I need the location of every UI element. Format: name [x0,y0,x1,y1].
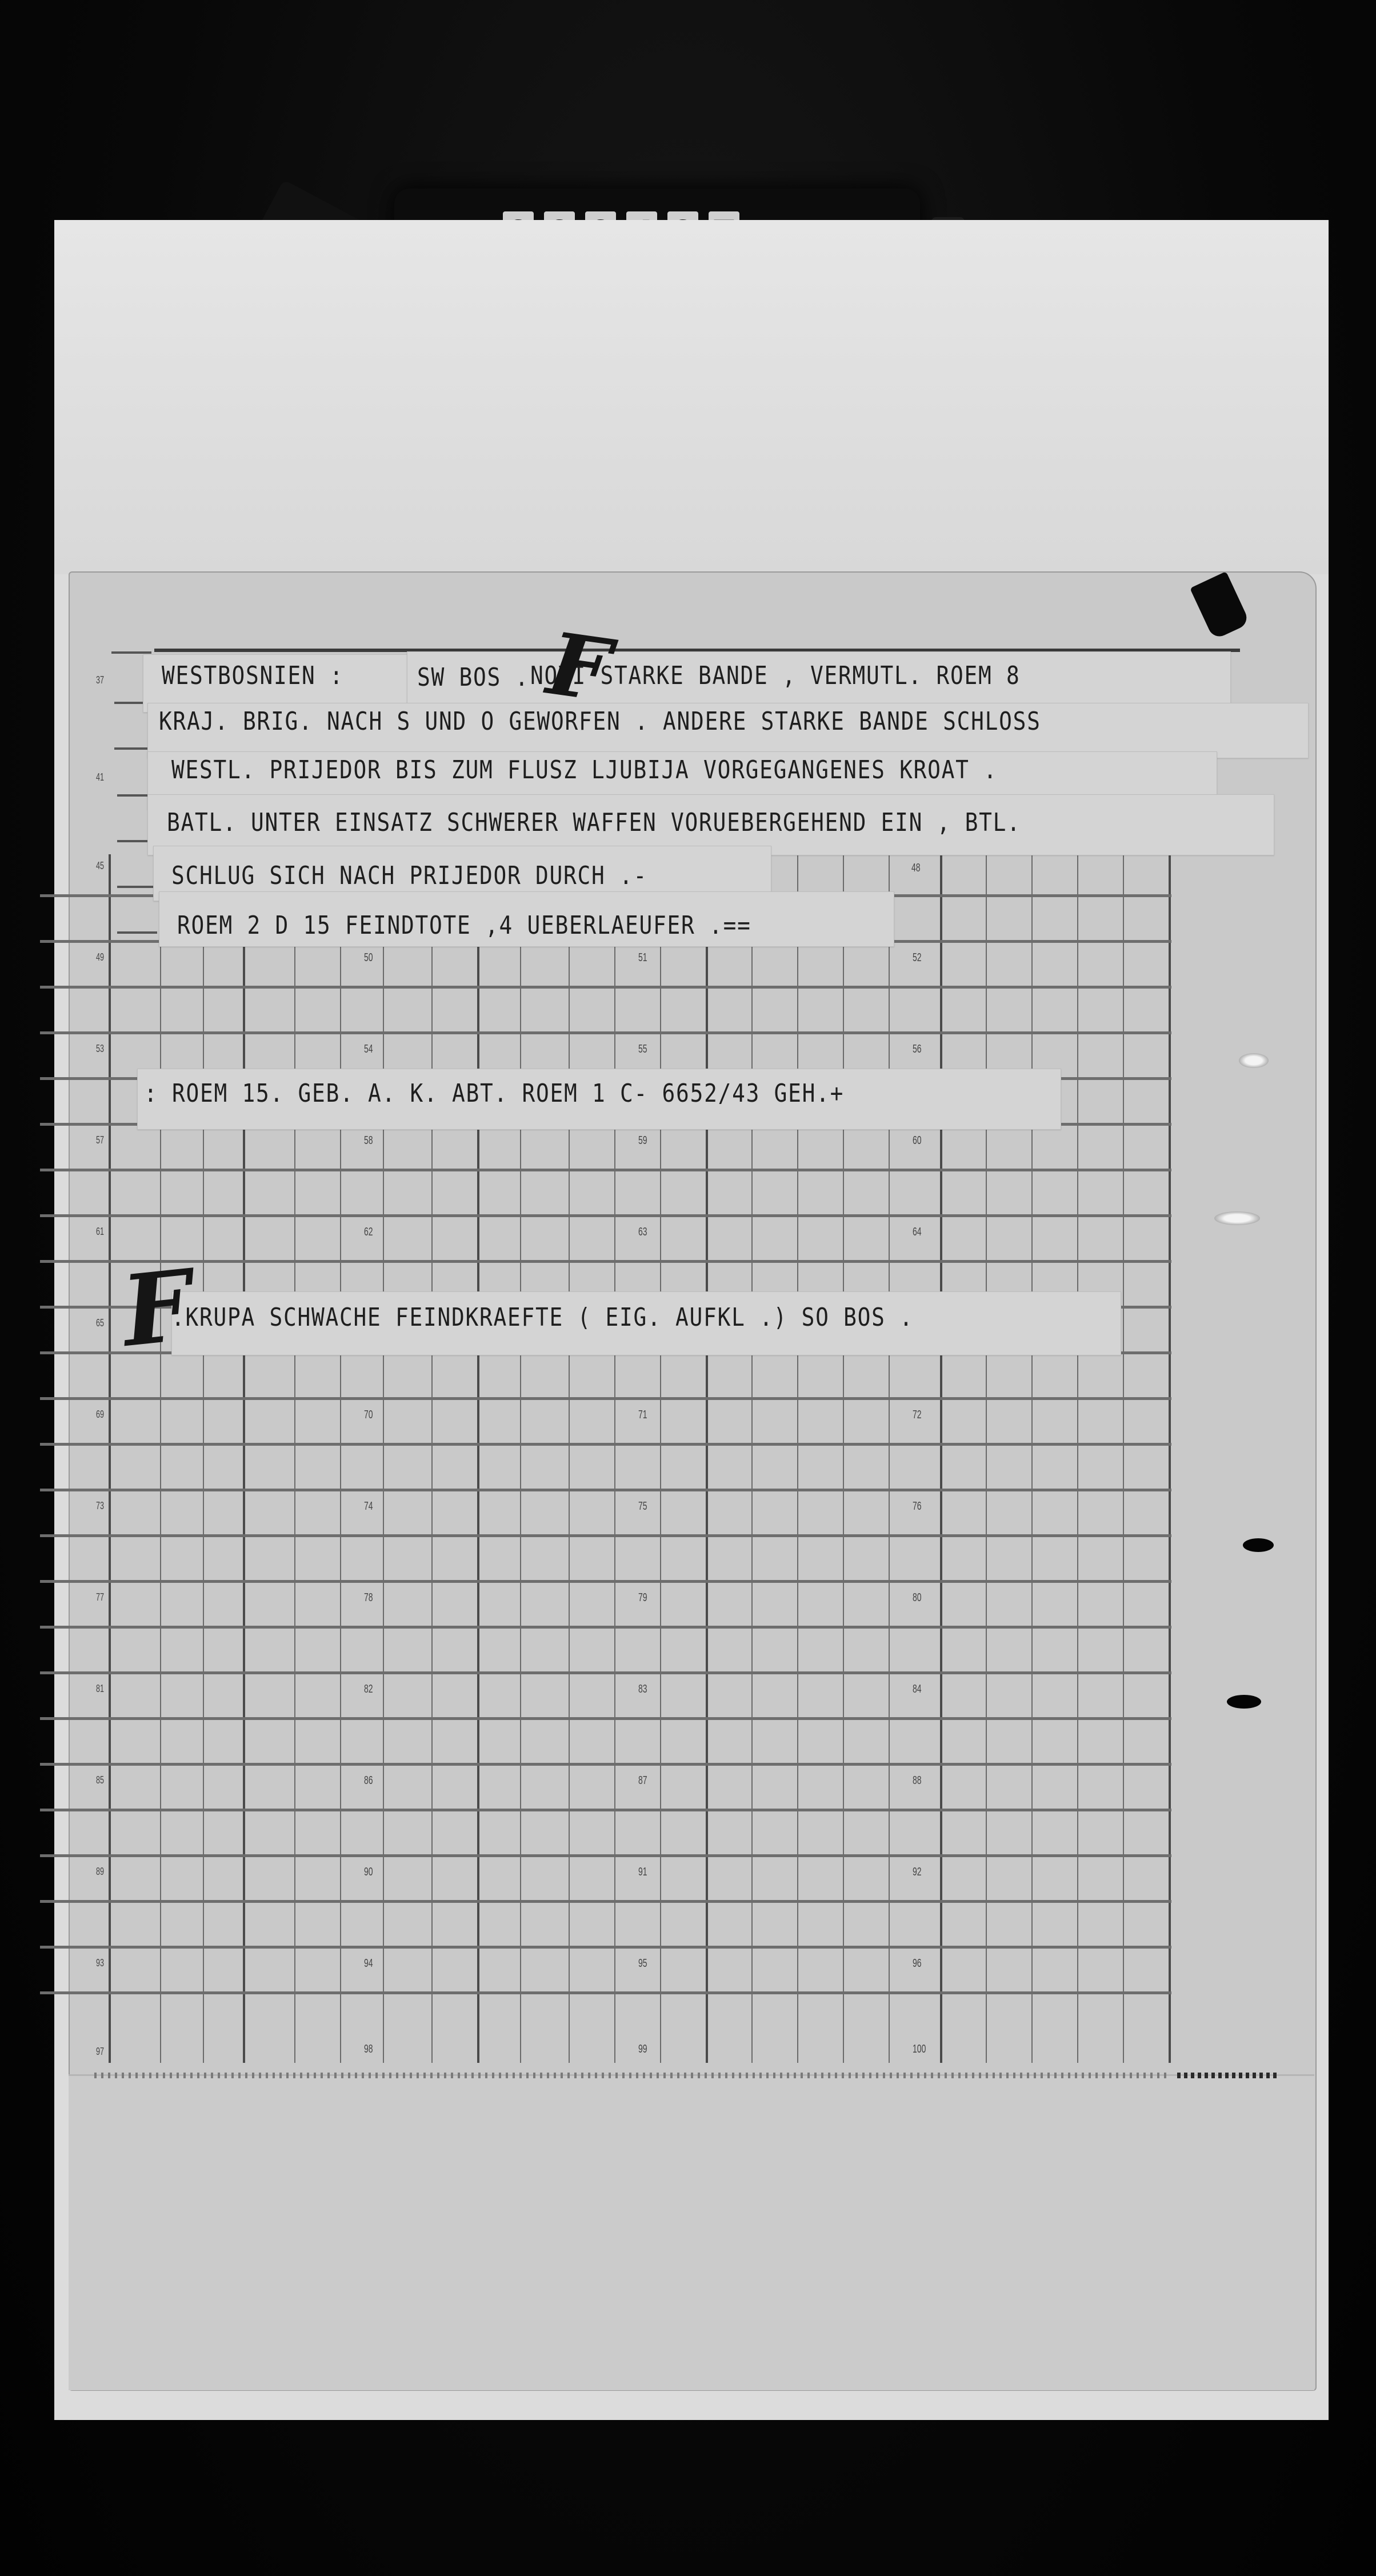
punch-hole [1227,1695,1261,1709]
teletype-line-3: WESTL. PRIJEDOR BIS ZUM FLUSZ LJUBIJA VO… [171,755,998,785]
row-number: 57 [96,1134,104,1146]
grid-vline [614,854,615,2063]
cell-number: 48 [911,862,921,875]
cell-number: 100 [913,2043,926,2056]
grid-hline [40,1900,1171,1903]
row-number: 65 [96,1317,104,1329]
perforation-row [94,2073,1169,2078]
grid-hline [40,1534,1171,1537]
row-number: 69 [96,1409,104,1421]
teletype-line-1b: SW BOS . [417,663,529,692]
cell-number: 56 [913,1043,922,1056]
grid-hline [40,1717,1171,1720]
cell-number: 82 [364,1683,373,1696]
cell-number: 60 [913,1134,922,1147]
cell-number: 72 [913,1409,922,1422]
grid-hline [40,1671,1171,1674]
cell-number: 50 [364,951,373,965]
margin-tick [111,651,151,654]
cell-number: 80 [913,1591,922,1605]
cell-number: 75 [638,1500,647,1513]
grid-vline [706,854,708,2063]
grid-vline [1031,854,1033,2063]
margin-tick [117,886,157,888]
grid-vline [477,854,479,2063]
grid-vline [986,854,987,2063]
grid-vline [243,854,245,2063]
margin-tick [117,931,157,934]
cell-number: 55 [638,1043,647,1056]
row-number: 61 [96,1226,104,1238]
grid-vline [340,854,341,2063]
grid-vline [569,854,570,2063]
cell-number: 84 [913,1683,922,1696]
grid-vline [203,854,204,2063]
punch-hole [1214,1211,1260,1225]
form-lower-section [69,2074,1314,2390]
grid-hline [40,1946,1171,1949]
teletype-line-6: ROEM 2 D 15 FEINDTOTE ,4 UEBERLAEUFER .=… [177,911,751,940]
grid-vline [383,854,384,2063]
grid-hline [40,986,1171,989]
grid-vline [889,854,890,2063]
cell-number: 94 [364,1957,373,1970]
cell-number: 64 [913,1226,922,1239]
perforation-row-right [1177,2073,1280,2078]
cell-number: 58 [364,1134,373,1147]
backing-page-top [54,220,1329,574]
cell-number: 54 [364,1043,373,1056]
cell-number: 51 [638,951,647,965]
grid-hline [40,1809,1171,1811]
cell-number: 76 [913,1500,922,1513]
grid-hline [40,1763,1171,1766]
grid-vline [520,854,521,2063]
grid-hline [40,1443,1171,1446]
grid-vline [431,854,433,2063]
cell-number: 62 [364,1226,373,1239]
cell-number: 83 [638,1683,647,1696]
grid-hline [40,1626,1171,1629]
cell-number: 70 [364,1409,373,1422]
reference-line: : ROEM 15. GEB. A. K. ABT. ROEM 1 C- 665… [144,1079,844,1108]
row-number: 85 [96,1774,104,1786]
row-number: 45 [96,860,104,872]
row-number: 49 [96,951,104,963]
grid-vline [294,854,295,2063]
grid-vline [751,854,753,2063]
cell-number: 52 [913,951,922,965]
row-number: 89 [96,1866,104,1878]
row-number: 41 [96,771,104,783]
cell-number: 91 [638,1866,647,1879]
cell-number: 74 [364,1500,373,1513]
cell-number: 78 [364,1591,373,1605]
grid-hline [40,1031,1171,1034]
grid-vline [1123,854,1124,2063]
cell-number: 99 [638,2043,647,2056]
grid-vline [797,854,798,2063]
punch-hole [1239,1053,1269,1068]
cell-number: 98 [364,2043,373,2056]
teletype-line-1a: WESTBOSNIEN : [162,661,344,690]
cell-number: 92 [913,1866,922,1879]
cell-number: 96 [913,1957,922,1970]
row-number: 73 [96,1500,104,1512]
row-number: 81 [96,1683,104,1695]
teletype-line-5: SCHLUG SICH NACH PRIJEDOR DURCH .- [171,861,647,890]
cell-number: 63 [638,1226,647,1239]
cell-number: 95 [638,1957,647,1970]
teletype-line-4: BATL. UNTER EINSATZ SCHWERER WAFFEN VORU… [167,808,1021,837]
grid-vline [160,854,161,2063]
row-number: 93 [96,1957,104,1969]
cell-number: 79 [638,1591,647,1605]
cell-number: 86 [364,1774,373,1787]
grid-vline [1169,854,1171,2063]
row-number: 37 [96,674,104,686]
grid-hline [40,1397,1171,1400]
grid-hline [40,1580,1171,1583]
krupa-line: .KRUPA SCHWACHE FEINDKRAEFTE ( EIG. AUFK… [171,1303,914,1332]
grid-vline [940,854,942,2063]
grid-hline [40,1489,1171,1491]
cell-number: 71 [638,1409,647,1422]
grid-hline [40,1854,1171,1857]
grid-hline [40,1169,1171,1171]
grid-vline [843,854,844,2063]
grid-hline [40,1214,1171,1217]
cell-number: 90 [364,1866,373,1879]
row-number: 77 [96,1591,104,1603]
grid-hline [40,1260,1171,1263]
grid-hline [40,1991,1171,1994]
row-number: 53 [96,1043,104,1055]
cell-number: 87 [638,1774,647,1787]
cell-number: 88 [913,1774,922,1787]
form-grid [109,854,1171,2063]
cell-number: 59 [638,1134,647,1147]
handwritten-f-mark: F [117,1248,198,1369]
grid-vline [1077,854,1078,2063]
row-number: 97 [96,2046,104,2058]
punch-hole [1243,1538,1274,1552]
grid-vline [660,854,661,2063]
grid-vline [109,854,111,2063]
